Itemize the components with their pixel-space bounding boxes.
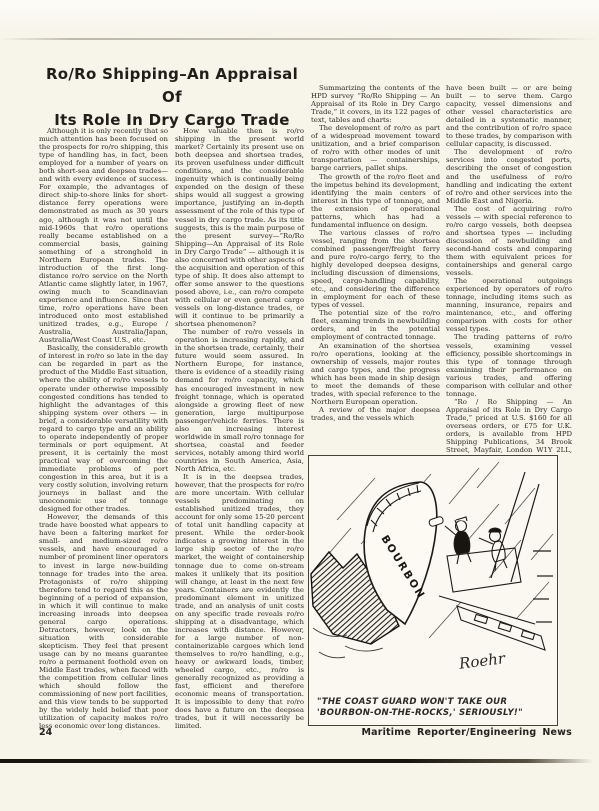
cartoon-caption-line1: "THE COAST GUARD WON'T TAKE OUR [317, 697, 549, 708]
cartoon-panel: BOURBON [308, 455, 558, 726]
paragraph: Although it is only recently that so muc… [39, 127, 168, 344]
scan-edge-highlight [0, 0, 599, 36]
article-title: Ro/Ro Shipping–An Appraisal Of Its Role … [38, 63, 306, 132]
paragraph: An examination of the shortsea ro/ro ope… [311, 342, 440, 406]
paragraph: “Ro / Ro Shipping — An Appraisal of its … [446, 398, 572, 462]
paragraph: Basically, the considerable growth of in… [39, 344, 168, 513]
paragraph: The operational outgoings experienced by… [446, 277, 572, 333]
paragraph: It is in the deepsea trades, however, th… [175, 473, 304, 731]
paragraph: The trading patterns of ro/ro vessels, e… [446, 333, 572, 397]
paragraph: The various classes of ro/ro vessel, ran… [311, 229, 440, 309]
paragraph: However, the demands of this trade have … [39, 513, 168, 730]
paragraph: The development of ro/ro services into c… [446, 148, 572, 204]
magazine-page: Ro/Ro Shipping–An Appraisal Of Its Role … [0, 0, 599, 811]
paragraph: have been built — or are being built — t… [446, 84, 572, 148]
top-scan-line [0, 38, 599, 40]
cartoon-caption-line2: 'BOURBON-ON-THE-ROCKS,' SERIOUSLY!" [317, 708, 549, 719]
paragraph: The cost of acquiring ro/ro vessels — wi… [446, 205, 572, 277]
publication-name: Maritime Reporter/Engineering News [361, 727, 572, 738]
paragraph: The growth of the ro/ro fleet and the im… [311, 173, 440, 229]
cartoon-shipwreck-illustration: BOURBON [309, 456, 556, 686]
article-column-4: have been built — or are being built — t… [446, 84, 572, 462]
paragraph: The number of ro/ro vessels in operation… [175, 328, 304, 473]
paragraph: The potential size of the ro/ro fleet, e… [311, 309, 440, 341]
cartoon-caption: "THE COAST GUARD WON'T TAKE OUR 'BOURBON… [317, 697, 549, 718]
paragraph: A review of the major deepsea trades, an… [311, 406, 440, 422]
article-column-2: How valuable then is ro/ro shipping in t… [175, 127, 304, 731]
article-title-line1: Ro/Ro Shipping–An Appraisal Of [38, 63, 306, 109]
article-column-1: Although it is only recently that so muc… [39, 127, 168, 731]
captain-figure [445, 517, 471, 564]
paragraph: The development of ro/ro as part of a wi… [311, 124, 440, 172]
paragraph: Summarizing the contents of the HPD surv… [311, 84, 440, 124]
page-number: 24 [39, 727, 52, 738]
paragraph: How valuable then is ro/ro shipping in t… [175, 127, 304, 328]
deck-structure [439, 548, 545, 650]
bottom-rule [0, 759, 599, 763]
article-column-3: Summarizing the contents of the HPD surv… [311, 84, 440, 422]
